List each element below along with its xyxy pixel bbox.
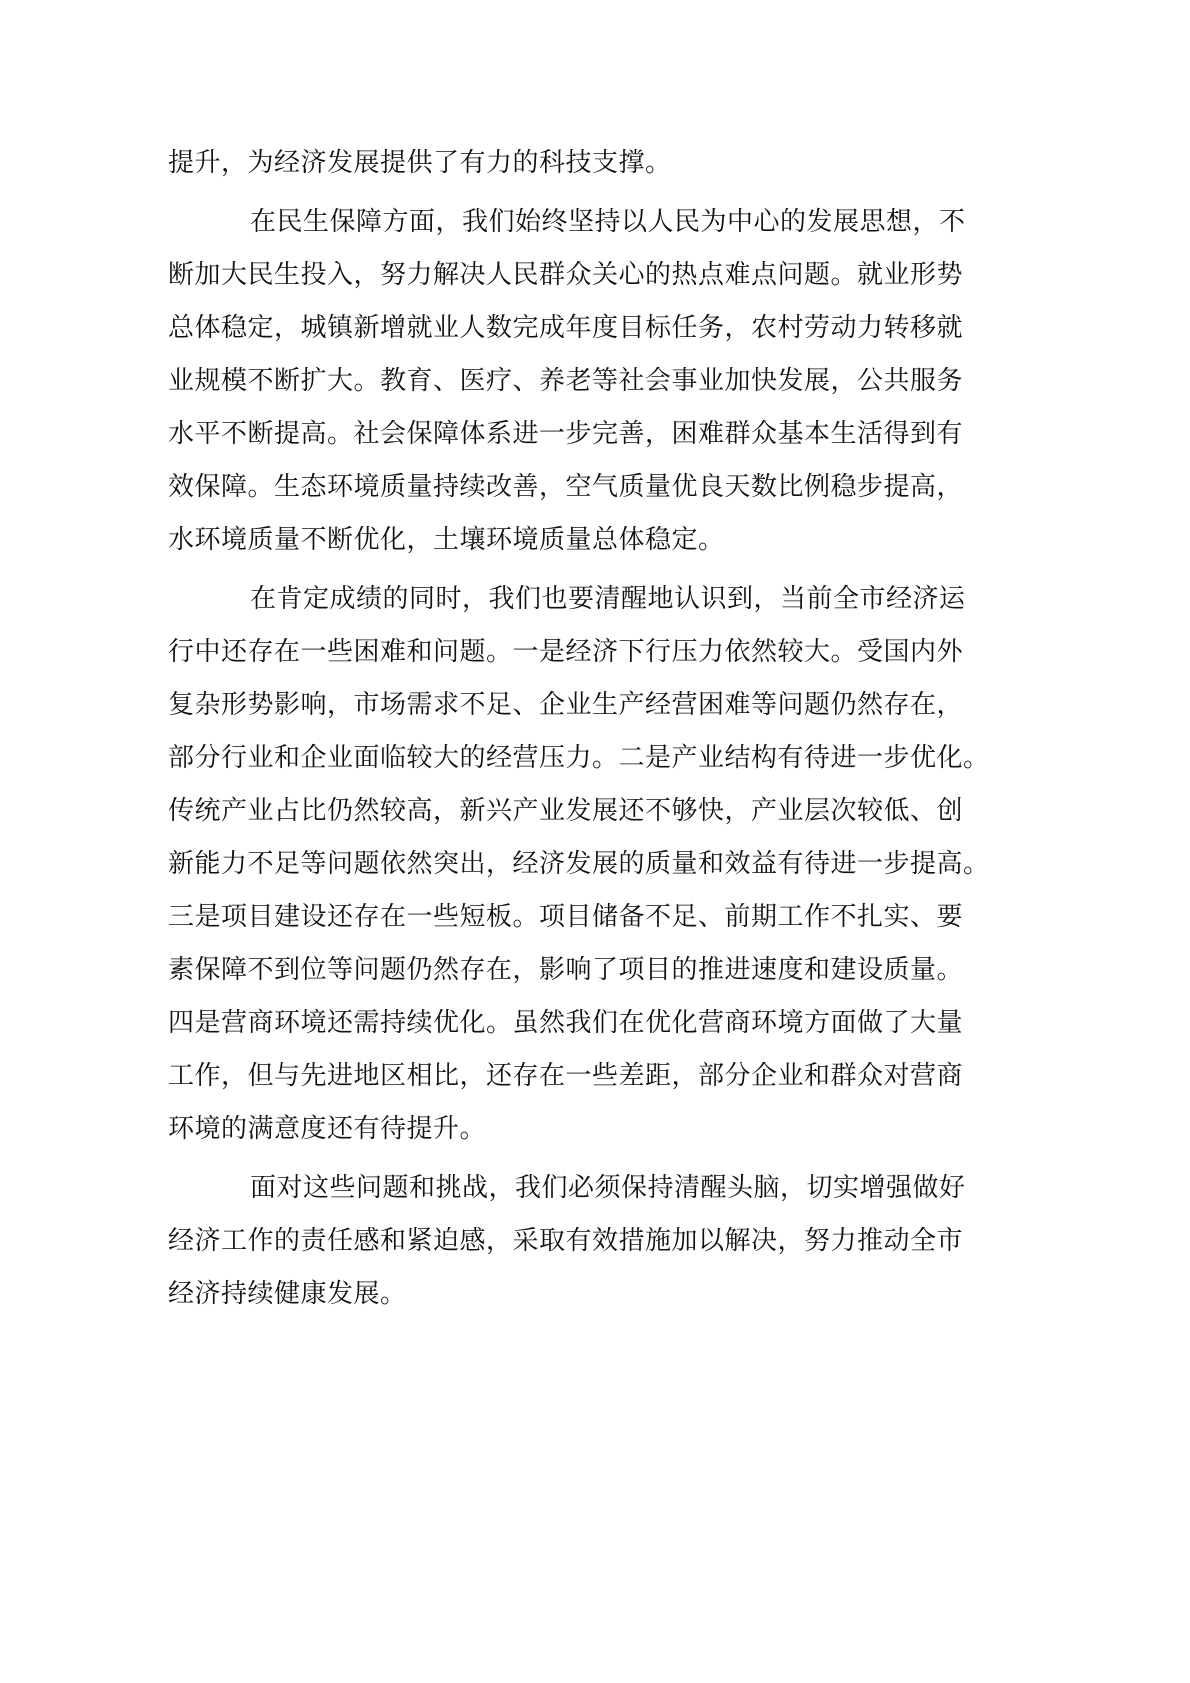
text-line: 总体稳定，城镇新增就业人数完成年度目标任务，农村劳动力转移就 <box>168 308 963 348</box>
text-line: 提升，为经济发展提供了有力的科技支撑。 <box>168 143 672 183</box>
paragraph-first-line: 在民生保障方面，我们始终坚持以人民为中心的发展思想，不 <box>250 202 966 242</box>
text-line: 传统产业占比仍然较高，新兴产业发展还不够快，产业层次较低、创 <box>168 791 963 831</box>
text-line: 经济工作的责任感和紧迫感，采取有效措施加以解决，努力推动全市 <box>168 1221 963 1261</box>
document-page: 提升，为经济发展提供了有力的科技支撑。 在民生保障方面，我们始终坚持以人民为中心… <box>0 0 1190 1683</box>
text-line: 新能力不足等问题依然突出，经济发展的质量和效益有待进一步提高。 <box>168 844 990 884</box>
text-line: 素保障不到位等问题仍然存在，影响了项目的推进速度和建设质量。 <box>168 950 963 990</box>
text-line: 效保障。生态环境质量持续改善，空气质量优良天数比例稳步提高， <box>168 467 963 507</box>
text-line: 环境的满意度还有待提升。 <box>168 1109 486 1149</box>
text-line: 经济持续健康发展。 <box>168 1274 407 1314</box>
text-line: 水平不断提高。社会保障体系进一步完善，困难群众基本生活得到有 <box>168 414 963 454</box>
text-line: 四是营商环境还需持续优化。虽然我们在优化营商环境方面做了大量 <box>168 1003 963 1043</box>
text-line: 水环境质量不断优化，土壤环境质量总体稳定。 <box>168 520 725 560</box>
text-line: 断加大民生投入，努力解决人民群众关心的热点难点问题。就业形势 <box>168 255 963 295</box>
text-line: 业规模不断扩大。教育、医疗、养老等社会事业加快发展，公共服务 <box>168 361 963 401</box>
text-line: 复杂形势影响，市场需求不足、企业生产经营困难等问题仍然存在， <box>168 685 963 725</box>
text-line: 行中还存在一些困难和问题。一是经济下行压力依然较大。受国内外 <box>168 632 963 672</box>
text-line: 部分行业和企业面临较大的经营压力。二是产业结构有待进一步优化。 <box>168 738 990 778</box>
paragraph-first-line: 在肯定成绩的同时，我们也要清醒地认识到，当前全市经济运 <box>250 579 966 619</box>
text-line: 三是项目建设还存在一些短板。项目储备不足、前期工作不扎实、要 <box>168 897 963 937</box>
paragraph-first-line: 面对这些问题和挑战，我们必须保持清醒头脑，切实增强做好 <box>250 1168 966 1208</box>
text-line: 工作，但与先进地区相比，还存在一些差距，部分企业和群众对营商 <box>168 1056 963 1096</box>
